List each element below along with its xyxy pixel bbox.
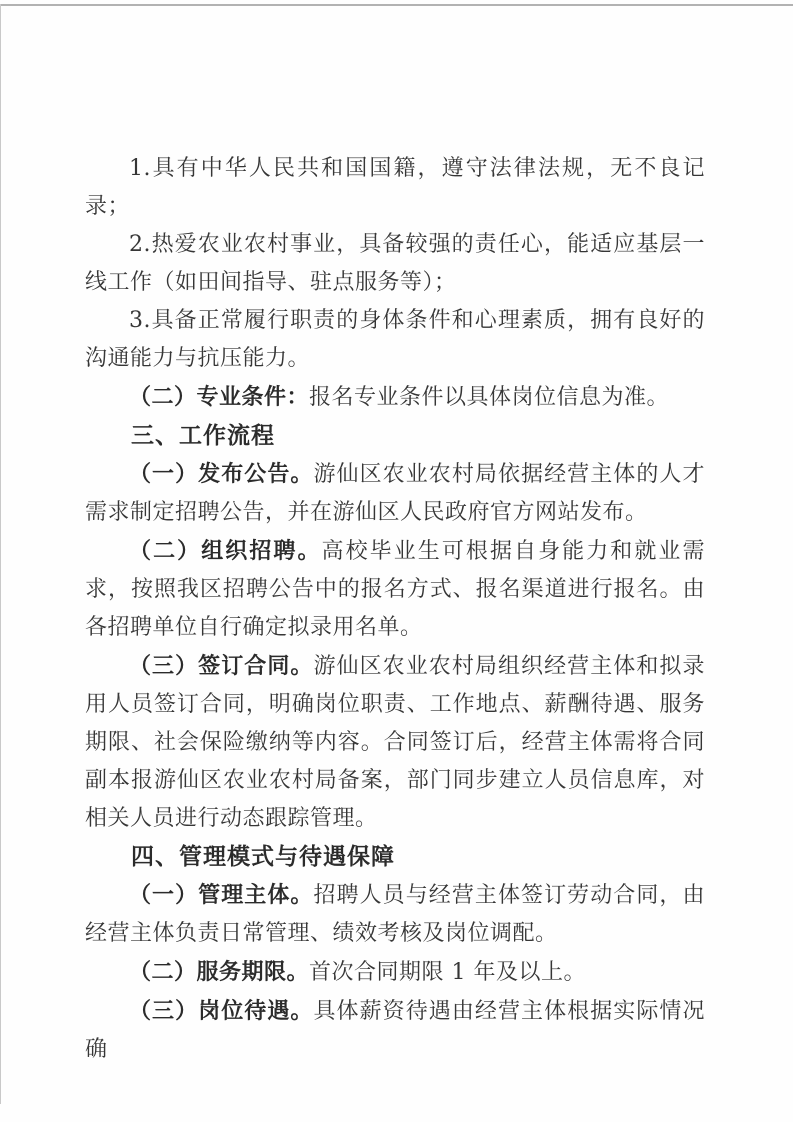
document-body: 1.具有中华人民共和国国籍，遵守法律法规，无不良记录；2.热爱农业农村事业，具备… [85, 150, 705, 1069]
scan-top-edge-line [0, 4, 793, 6]
paragraph: 1.具有中华人民共和国国籍，遵守法律法规，无不良记录； [85, 150, 705, 226]
paragraph: 3.具备正常履行职责的身体条件和心理素质，拥有良好的沟通能力与抗压能力。 [85, 302, 705, 378]
paragraph: 2.热爱农业农村事业，具备较强的责任心，能适应基层一线工作（如田间指导、驻点服务… [85, 226, 705, 302]
text-run: 3.具备正常履行职责的身体条件和心理素质，拥有良好的沟通能力与抗压能力。 [85, 308, 705, 371]
paragraph: （三）岗位待遇。具体薪资待遇由经营主体根据实际情况确 [85, 992, 705, 1069]
paragraph: （二）专业条件：报名专业条件以具体岗位信息为准。 [85, 378, 705, 417]
bold-label-run: （二）服务期限。 [129, 959, 309, 985]
bold-label-run: 三、工作流程 [131, 423, 275, 449]
text-run: 游仙区农业农村局组织经营主体和拟录用人员签订合同，明确岗位职责、工作地点、薪酬待… [85, 654, 705, 831]
section-heading: 三、工作流程 [85, 417, 705, 455]
bold-label-run: （三）签订合同。 [129, 653, 314, 679]
text-run: 1.具有中华人民共和国国籍，遵守法律法规，无不良记录； [85, 156, 705, 219]
paragraph: （三）签订合同。游仙区农业农村局组织经营主体和拟录用人员签订合同，明确岗位职责、… [85, 647, 705, 838]
bold-label-run: 四、管理模式与待遇保障 [131, 844, 395, 870]
document-page: 1.具有中华人民共和国国籍，遵守法律法规，无不良记录；2.热爱农业农村事业，具备… [0, 0, 793, 1122]
text-run: 首次合同期限 1 年及以上。 [309, 960, 586, 985]
paragraph: （二）服务期限。首次合同期限 1 年及以上。 [85, 953, 705, 992]
bold-label-run: （二）专业条件： [129, 384, 309, 410]
paragraph: （一）管理主体。招聘人员与经营主体签订劳动合同，由经营主体负责日常管理、绩效考核… [85, 876, 705, 953]
section-heading: 四、管理模式与待遇保障 [85, 838, 705, 876]
text-run: 报名专业条件以具体岗位信息为准。 [309, 385, 669, 410]
paragraph: （二）组织招聘。高校毕业生可根据自身能力和就业需求，按照我区招聘公告中的报名方式… [85, 532, 705, 647]
paragraph: （一）发布公告。游仙区农业农村局依据经营主体的人才需求制定招聘公告，并在游仙区人… [85, 455, 705, 532]
bold-label-run: （一）管理主体。 [129, 882, 314, 908]
bold-label-run: （一）发布公告。 [129, 461, 314, 487]
scan-left-edge-line [0, 4, 1, 1104]
text-run: 2.热爱农业农村事业，具备较强的责任心，能适应基层一线工作（如田间指导、驻点服务… [85, 232, 705, 295]
bold-label-run: （二）组织招聘。 [129, 538, 322, 564]
bold-label-run: （三）岗位待遇。 [129, 998, 314, 1024]
